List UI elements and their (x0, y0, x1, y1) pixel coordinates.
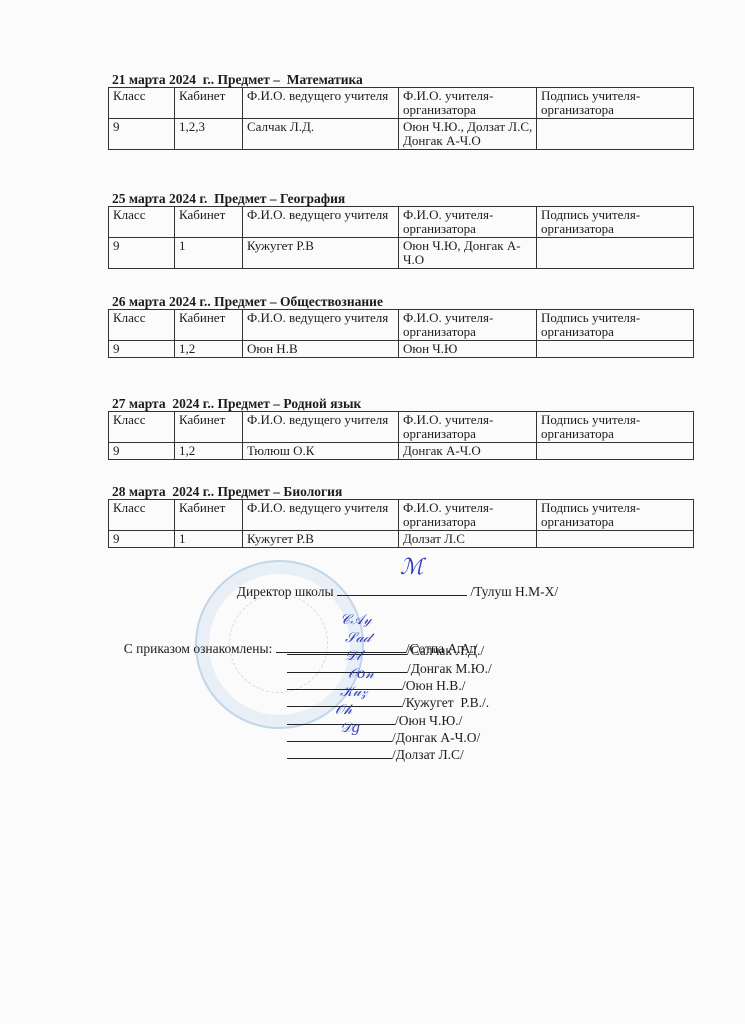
header-signature: Подпись учителя-организатора (537, 412, 694, 443)
exam-section-native-language: 27 марта 2024 г.. Предмет – Родной язык … (108, 397, 693, 460)
header-organizer: Ф.И.О. учителя-организатора (399, 500, 537, 531)
table-header-row: Класс Кабинет Ф.И.О. ведущего учителя Ф.… (109, 207, 694, 238)
signature-scribble: 𝒦𝓊𝓏 (340, 684, 367, 700)
cell-room: 1,2 (175, 341, 243, 358)
cell-class: 9 (109, 119, 175, 150)
exam-table: Класс Кабинет Ф.И.О. ведущего учителя Ф.… (108, 309, 694, 358)
cell-lead-teacher: Кужугет Р.В (243, 238, 399, 269)
ack-name: /Долзат Л.С/ (392, 747, 464, 762)
cell-lead-teacher: Кужугет Р.В (243, 531, 399, 548)
section-title: 27 марта 2024 г.. Предмет – Родной язык (112, 397, 693, 411)
ack-row: /Оюн Н.В./ (287, 677, 465, 693)
cell-organizer: Донгак А-Ч.О (399, 443, 537, 460)
header-signature: Подпись учителя-организатора (537, 88, 694, 119)
ack-row: /Донгак М.Ю./ (287, 660, 492, 676)
cell-class: 9 (109, 341, 175, 358)
header-room: Кабинет (175, 207, 243, 238)
header-lead-teacher: Ф.И.О. ведущего учителя (243, 412, 399, 443)
director-signature-scribble: ℳ (400, 555, 424, 580)
header-class: Класс (109, 412, 175, 443)
header-class: Класс (109, 88, 175, 119)
header-organizer: Ф.И.О. учителя-организатора (399, 88, 537, 119)
table-header-row: Класс Кабинет Ф.И.О. ведущего учителя Ф.… (109, 500, 694, 531)
header-room: Кабинет (175, 412, 243, 443)
cell-lead-teacher: Оюн Н.В (243, 341, 399, 358)
header-lead-teacher: Ф.И.О. ведущего учителя (243, 310, 399, 341)
cell-signature (537, 341, 694, 358)
header-signature: Подпись учителя-организатора (537, 500, 694, 531)
cell-organizer: Оюн Ч.Ю (399, 341, 537, 358)
cell-room: 1 (175, 238, 243, 269)
ack-row: /Оюн Ч.Ю./ (287, 712, 462, 728)
exam-section-biology: 28 марта 2024 г.. Предмет – Биология Кла… (108, 485, 693, 548)
ack-row: /Донгак А-Ч.О/ (287, 729, 480, 745)
director-name: /Тулуш Н.М-Х/ (470, 584, 558, 599)
cell-organizer: Долзат Л.С (399, 531, 537, 548)
header-signature: Подпись учителя-организатора (537, 207, 694, 238)
header-class: Класс (109, 207, 175, 238)
ack-row: /Кужугет Р.В./. (287, 694, 489, 710)
acknowledged-label: С приказом ознакомлены: (124, 641, 273, 656)
header-room: Кабинет (175, 500, 243, 531)
header-class: Класс (109, 500, 175, 531)
cell-signature (537, 238, 694, 269)
header-room: Кабинет (175, 88, 243, 119)
exam-table: Класс Кабинет Ф.И.О. ведущего учителя Ф.… (108, 87, 694, 150)
exam-section-geography: 25 марта 2024 г. Предмет – География Кла… (108, 192, 693, 269)
exam-section-math: 21 марта 2024 г.. Предмет – Математика К… (108, 73, 693, 150)
signature-scribble: 𝒟𝓁 (345, 648, 361, 664)
header-organizer: Ф.И.О. учителя-организатора (399, 207, 537, 238)
table-row: 9 1 Кужугет Р.В Долзат Л.С (109, 531, 694, 548)
signature-scribble: 𝒪𝑜𝓃 (348, 666, 374, 682)
ack-row: /Долзат Л.С/ (287, 746, 464, 762)
ack-name: /Оюн Н.В./ (402, 678, 465, 693)
table-header-row: Класс Кабинет Ф.И.О. ведущего учителя Ф.… (109, 412, 694, 443)
header-organizer: Ф.И.О. учителя-организатора (399, 310, 537, 341)
section-title: 26 марта 2024 г.. Предмет – Обществознан… (112, 295, 693, 309)
table-header-row: Класс Кабинет Ф.И.О. ведущего учителя Ф.… (109, 88, 694, 119)
ack-name: /Кужугет Р.В./. (402, 695, 489, 710)
ack-name: /Донгак М.Ю./ (407, 661, 492, 676)
table-header-row: Класс Кабинет Ф.И.О. ведущего учителя Ф.… (109, 310, 694, 341)
table-row: 9 1,2 Оюн Н.В Оюн Ч.Ю (109, 341, 694, 358)
cell-lead-teacher: Салчак Л.Д. (243, 119, 399, 150)
exam-section-social-studies: 26 марта 2024 г.. Предмет – Обществознан… (108, 295, 693, 358)
header-class: Класс (109, 310, 175, 341)
cell-signature (537, 443, 694, 460)
signature-scribble: 𝒞𝒜𝓎 (340, 612, 372, 628)
header-signature: Подпись учителя-организатора (537, 310, 694, 341)
section-title: 28 марта 2024 г.. Предмет – Биология (112, 485, 693, 499)
cell-organizer: Оюн Ч.Ю, Донгак А-Ч.О (399, 238, 537, 269)
director-label: Директор школы (237, 584, 334, 599)
section-title: 25 марта 2024 г. Предмет – География (112, 192, 693, 206)
cell-room: 1 (175, 531, 243, 548)
signature-line (287, 746, 392, 759)
table-row: 9 1,2,3 Салчак Л.Д. Оюн Ч.Ю., Долзат Л.С… (109, 119, 694, 150)
cell-class: 9 (109, 531, 175, 548)
signature-scribble: 𝒮𝒶𝒹 (345, 630, 371, 646)
signature-line (337, 583, 467, 596)
header-lead-teacher: Ф.И.О. ведущего учителя (243, 207, 399, 238)
cell-room: 1,2,3 (175, 119, 243, 150)
signature-scribble: 𝒪𝒽 (335, 702, 352, 718)
cell-class: 9 (109, 238, 175, 269)
director-signature-line: Директор школы /Тулуш Н.М-Х/ (230, 568, 558, 599)
cell-room: 1,2 (175, 443, 243, 460)
cell-lead-teacher: Тюлюш О.К (243, 443, 399, 460)
cell-organizer: Оюн Ч.Ю., Долзат Л.С, Донгак А-Ч.О (399, 119, 537, 150)
cell-signature (537, 531, 694, 548)
exam-table: Класс Кабинет Ф.И.О. ведущего учителя Ф.… (108, 411, 694, 460)
header-organizer: Ф.И.О. учителя-организатора (399, 412, 537, 443)
header-lead-teacher: Ф.И.О. ведущего учителя (243, 500, 399, 531)
signature-scribble: 𝒟𝑔 (340, 720, 360, 736)
ack-name: /Донгак А-Ч.О/ (392, 730, 480, 745)
table-row: 9 1 Кужугет Р.В Оюн Ч.Ю, Донгак А-Ч.О (109, 238, 694, 269)
section-title: 21 марта 2024 г.. Предмет – Математика (112, 73, 693, 87)
header-lead-teacher: Ф.И.О. ведущего учителя (243, 88, 399, 119)
ack-row: /Салчак Л.Д./ (287, 642, 484, 658)
cell-class: 9 (109, 443, 175, 460)
table-row: 9 1,2 Тюлюш О.К Донгак А-Ч.О (109, 443, 694, 460)
cell-signature (537, 119, 694, 150)
exam-table: Класс Кабинет Ф.И.О. ведущего учителя Ф.… (108, 206, 694, 269)
ack-name: /Салчак Л.Д./ (407, 643, 484, 658)
ack-name: /Оюн Ч.Ю./ (395, 713, 462, 728)
header-room: Кабинет (175, 310, 243, 341)
exam-table: Класс Кабинет Ф.И.О. ведущего учителя Ф.… (108, 499, 694, 548)
